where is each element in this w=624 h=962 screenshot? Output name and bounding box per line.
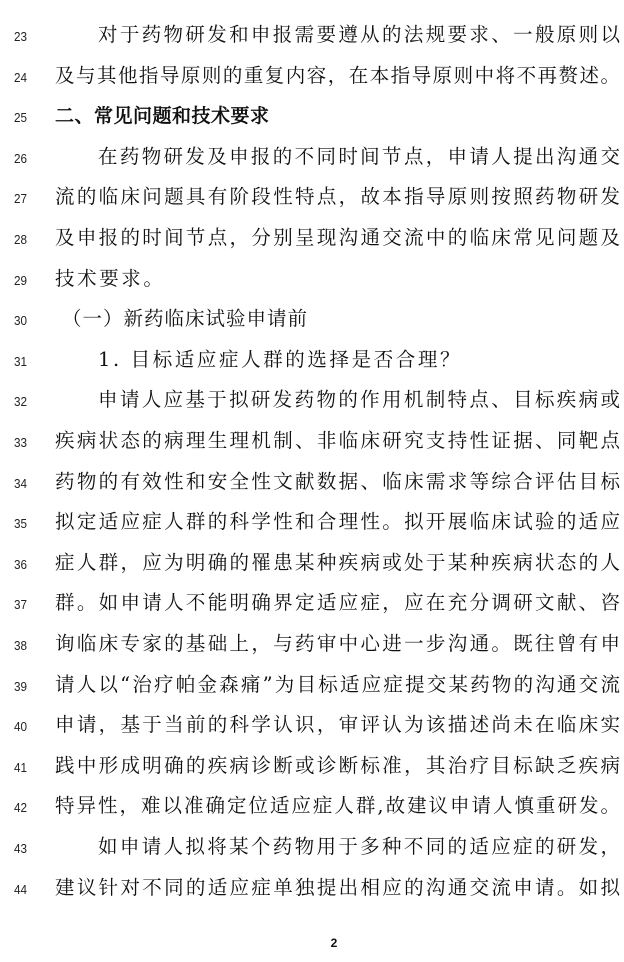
document-line: 26在药物研发及申报的不同时间节点，申请人提出沟通交 xyxy=(0,139,624,179)
line-text: 群。如申请人不能明确界定适应症，应在充分调研文献、咨 xyxy=(55,589,620,617)
line-number: 33 xyxy=(14,435,36,450)
line-number: 27 xyxy=(14,191,36,206)
document-line: 311. 目标适应症人群的选择是否合理？ xyxy=(0,342,624,382)
line-number: 35 xyxy=(14,516,36,531)
line-number: 30 xyxy=(14,313,36,328)
line-text: 及与其他指导原则的重复内容，在本指导原则中将不再赘述。 xyxy=(55,62,620,90)
line-text: 在药物研发及申报的不同时间节点，申请人提出沟通交 xyxy=(98,143,620,171)
document-line: 43如申请人拟将某个药物用于多种不同的适应症的研发， xyxy=(0,829,624,869)
line-number: 25 xyxy=(14,110,36,125)
line-text: 药物的有效性和安全性文献数据、临床需求等综合评估目标 xyxy=(55,468,620,496)
document-line: 25二、常见问题和技术要求 xyxy=(0,98,624,138)
line-text: 流的临床问题具有阶段性特点，故本指导原则按照药物研发 xyxy=(55,183,620,211)
line-text: 践中形成明确的疾病诊断或诊断标准，其治疗目标缺乏疾病 xyxy=(55,752,620,780)
line-text: 疾病状态的病理生理机制、非临床研究支持性证据、同靶点 xyxy=(55,427,620,455)
line-text: 申请人应基于拟研发药物的作用机制特点、目标疾病或 xyxy=(98,386,620,414)
line-number: 26 xyxy=(14,151,36,166)
line-text: 询临床专家的基础上，与药审中心进一步沟通。既往曾有申 xyxy=(55,630,620,658)
document-line: 38询临床专家的基础上，与药审中心进一步沟通。既往曾有申 xyxy=(0,626,624,666)
line-text: 建议针对不同的适应症单独提出相应的沟通交流申请。如拟 xyxy=(55,874,620,902)
document-line: 40申请，基于当前的科学认识，审评认为该描述尚未在临床实 xyxy=(0,707,624,747)
line-number: 42 xyxy=(14,800,36,815)
page-number: 2 xyxy=(0,936,624,950)
document-line: 42特异性，难以准确定位适应症人群,故建议申请人慎重研发。 xyxy=(0,788,624,828)
line-text: 申请，基于当前的科学认识，审评认为该描述尚未在临床实 xyxy=(55,711,620,739)
line-number: 24 xyxy=(14,70,36,85)
document-line: 41践中形成明确的疾病诊断或诊断标准，其治疗目标缺乏疾病 xyxy=(0,748,624,788)
document-line: 32申请人应基于拟研发药物的作用机制特点、目标疾病或 xyxy=(0,382,624,422)
section-heading: 二、常见问题和技术要求 xyxy=(55,102,620,130)
line-text: 对于药物研发和申报需要遵从的法规要求、一般原则以 xyxy=(98,21,620,49)
line-number: 44 xyxy=(14,882,36,897)
line-number: 23 xyxy=(14,29,36,44)
line-number: 37 xyxy=(14,597,36,612)
line-text: 特异性，难以准确定位适应症人群,故建议申请人慎重研发。 xyxy=(55,792,620,820)
line-text: 症人群，应为明确的罹患某种疾病或处于某种疾病状态的人 xyxy=(55,549,620,577)
line-text: 1. 目标适应症人群的选择是否合理？ xyxy=(98,346,620,374)
line-text: 拟定适应症人群的科学性和合理性。拟开展临床试验的适应 xyxy=(55,508,620,536)
line-number: 40 xyxy=(14,719,36,734)
document-line: 33疾病状态的病理生理机制、非临床研究支持性证据、同靶点 xyxy=(0,423,624,463)
line-number: 43 xyxy=(14,841,36,856)
line-number: 39 xyxy=(14,679,36,694)
line-number: 31 xyxy=(14,354,36,369)
line-number: 36 xyxy=(14,557,36,572)
document-line: 36症人群，应为明确的罹患某种疾病或处于某种疾病状态的人 xyxy=(0,545,624,585)
line-text: （一）新药临床试验申请前 xyxy=(62,305,620,333)
line-number: 29 xyxy=(14,273,36,288)
document-line: 30（一）新药临床试验申请前 xyxy=(0,301,624,341)
document-line: 44建议针对不同的适应症单独提出相应的沟通交流申请。如拟 xyxy=(0,870,624,910)
document-line: 24及与其他指导原则的重复内容，在本指导原则中将不再赘述。 xyxy=(0,58,624,98)
line-number: 41 xyxy=(14,760,36,775)
line-number: 32 xyxy=(14,394,36,409)
line-text: 请人以“治疗帕金森痛”为目标适应症提交某药物的沟通交流 xyxy=(55,671,620,699)
document-line: 37群。如申请人不能明确界定适应症，应在充分调研文献、咨 xyxy=(0,585,624,625)
document-line: 35拟定适应症人群的科学性和合理性。拟开展临床试验的适应 xyxy=(0,504,624,544)
document-line: 23对于药物研发和申报需要遵从的法规要求、一般原则以 xyxy=(0,17,624,57)
line-number: 38 xyxy=(14,638,36,653)
line-text: 及申报的时间节点，分别呈现沟通交流中的临床常见问题及 xyxy=(55,224,620,252)
document-line: 34药物的有效性和安全性文献数据、临床需求等综合评估目标 xyxy=(0,464,624,504)
document-line: 39请人以“治疗帕金森痛”为目标适应症提交某药物的沟通交流 xyxy=(0,667,624,707)
document-line: 28及申报的时间节点，分别呈现沟通交流中的临床常见问题及 xyxy=(0,220,624,260)
document-line: 29技术要求。 xyxy=(0,261,624,301)
line-text: 如申请人拟将某个药物用于多种不同的适应症的研发， xyxy=(98,833,620,861)
line-number: 34 xyxy=(14,476,36,491)
line-text: 技术要求。 xyxy=(55,265,620,293)
document-line: 27流的临床问题具有阶段性特点，故本指导原则按照药物研发 xyxy=(0,179,624,219)
line-number: 28 xyxy=(14,232,36,247)
